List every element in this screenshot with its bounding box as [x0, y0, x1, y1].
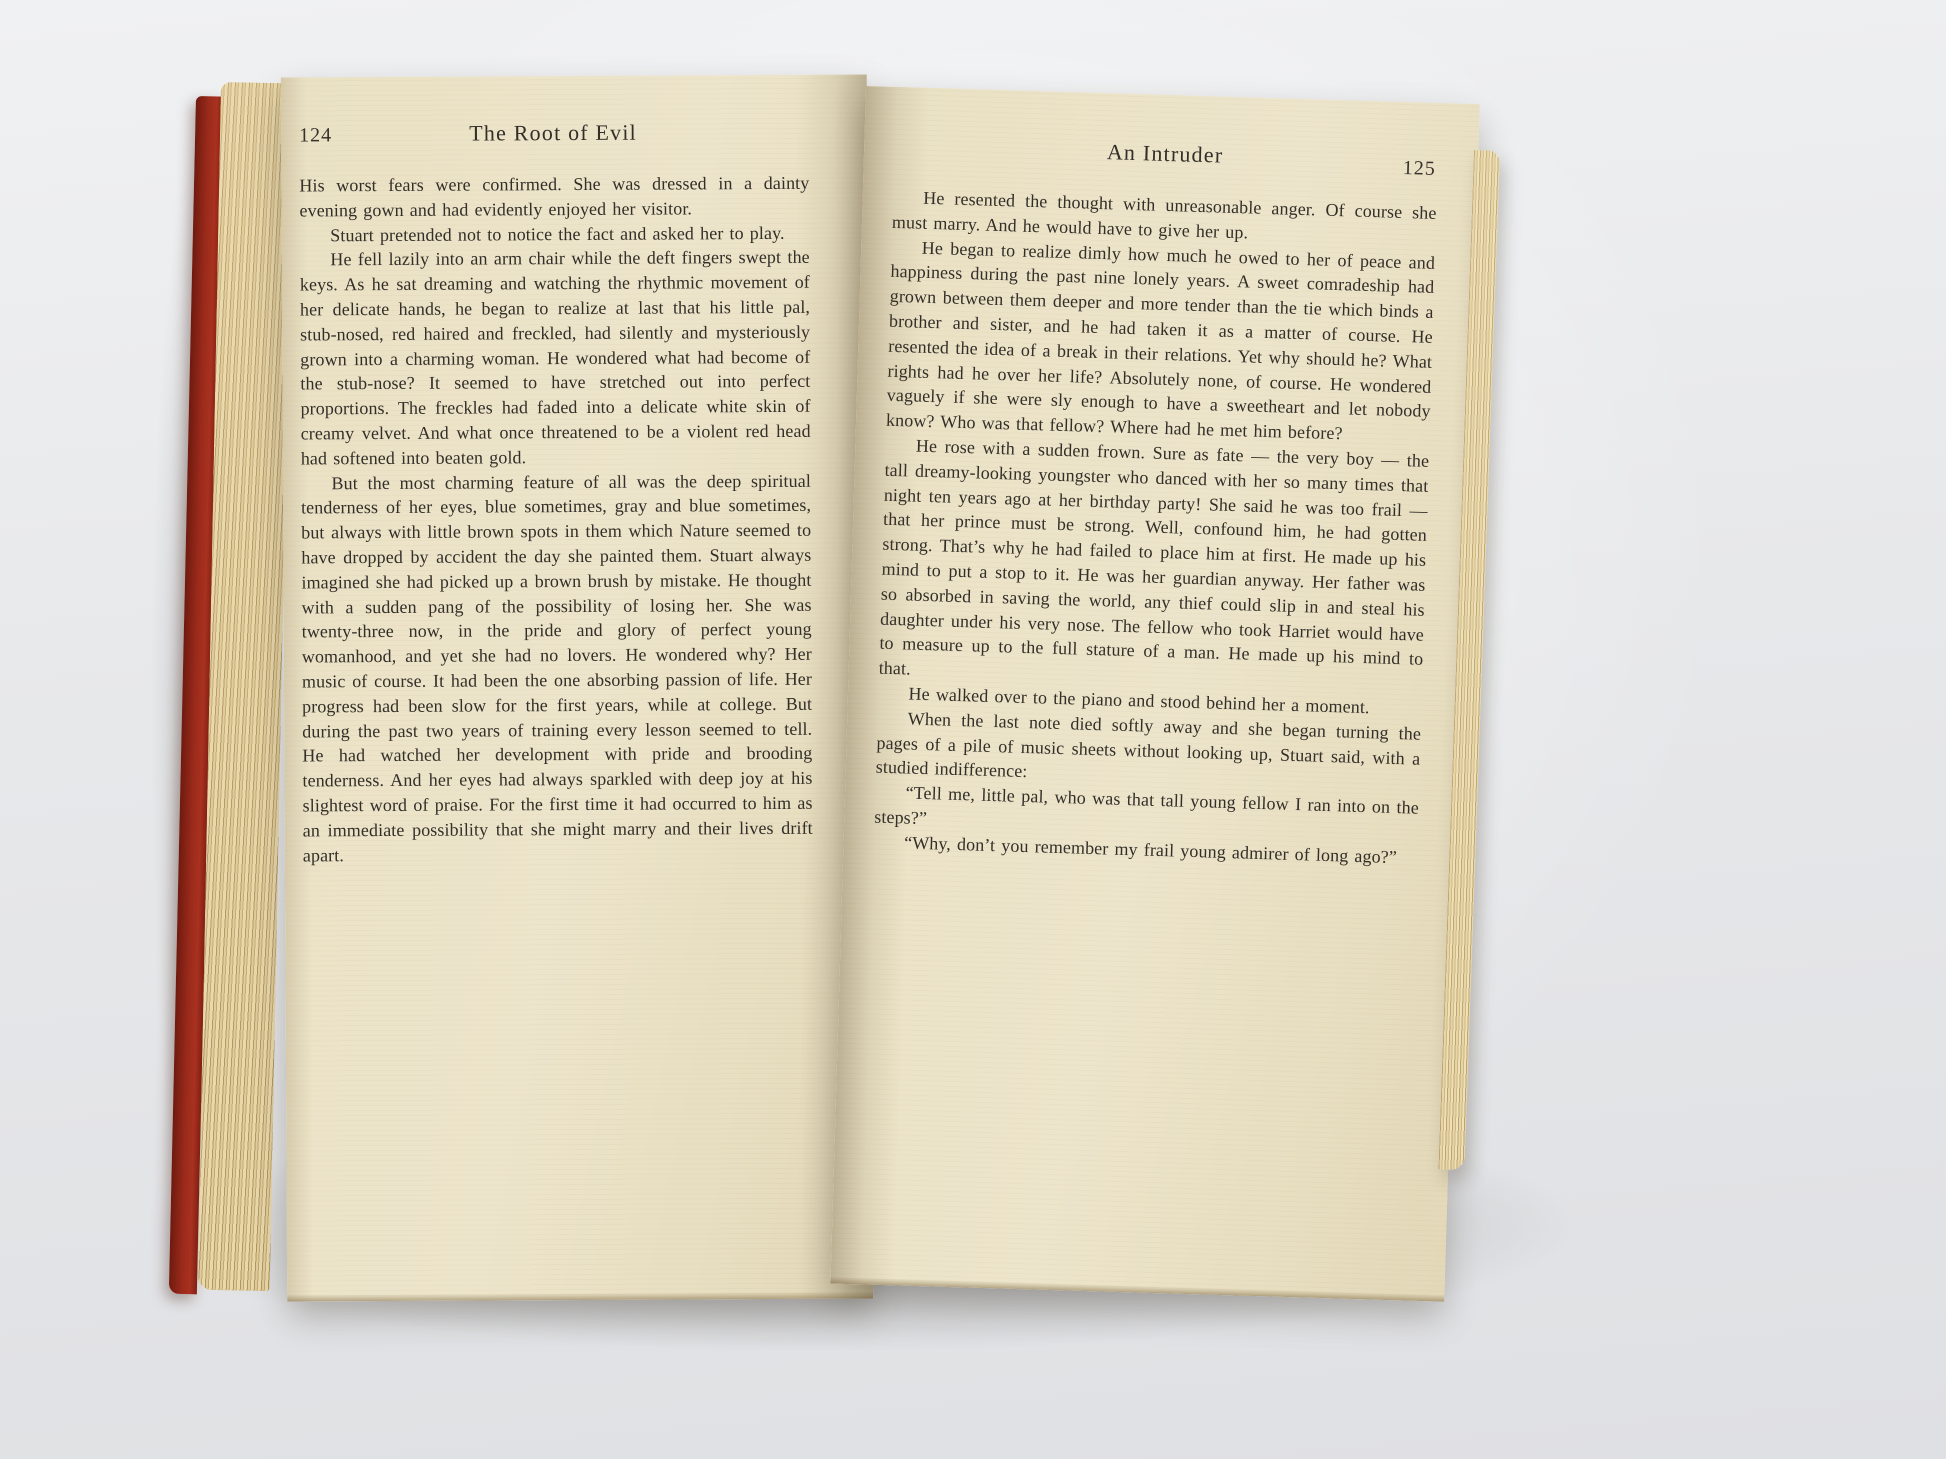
left-page-header: 124 The Root of Evil: [299, 119, 807, 148]
left-page-paper: 124 The Root of Evil His worst fears wer…: [281, 74, 873, 1301]
right-page-paper: An Intruder 125 He resented the thought …: [830, 86, 1479, 1302]
left-page-text: His worst fears were confirmed. She was …: [281, 170, 871, 867]
photo-backdrop: 124 The Root of Evil His worst fears wer…: [0, 0, 1946, 1459]
left-running-head: The Root of Evil: [469, 120, 637, 147]
paragraph: He began to realize dimly how much he ow…: [886, 234, 1436, 448]
paragraph: But the most charming feature of all was…: [301, 468, 813, 867]
paragraph: Stuart pretended not to notice the fact …: [300, 220, 810, 247]
right-running-head: An Intruder: [1107, 139, 1224, 168]
left-header-spacer: [637, 139, 807, 140]
paragraph: He fell lazily into an arm chair while t…: [300, 245, 811, 471]
right-page-number: 125: [1402, 157, 1436, 181]
right-page: An Intruder 125 He resented the thought …: [830, 86, 1479, 1302]
paragraph: His worst fears were confirmed. She was …: [299, 171, 809, 223]
right-page-text: He resented the thought with unreasonabl…: [843, 184, 1477, 871]
right-page-header: An Intruder 125: [894, 133, 1437, 175]
paragraph: He rose with a sudden frown. Sure as fat…: [878, 433, 1429, 697]
left-page: 124 The Root of Evil His worst fears wer…: [281, 74, 873, 1301]
